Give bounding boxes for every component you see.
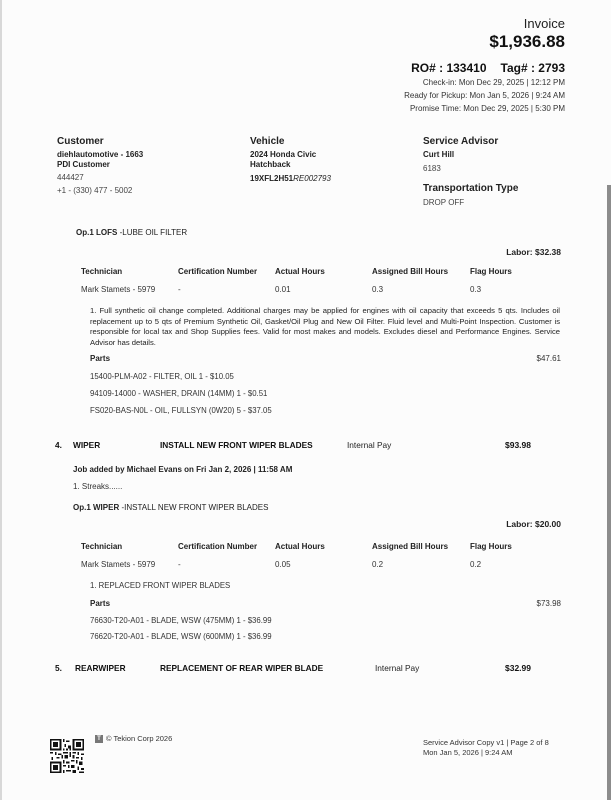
job-added-by: Job added by Michael Evans on Fri Jan 2,… xyxy=(73,465,292,474)
op-lofs-labor: Labor: $32.38 xyxy=(506,247,561,257)
promise-time: Promise Time: Mon Dec 29, 2025 | 5:30 PM xyxy=(410,104,565,113)
vehicle-vin: 19XFL2H51RE002793 xyxy=(250,174,331,183)
job-description: INSTALL NEW FRONT WIPER BLADES xyxy=(160,440,313,450)
op-wiper-labor: Labor: $20.00 xyxy=(506,519,561,529)
op-lofs-title: Op.1 LOFS -LUBE OIL FILTER xyxy=(76,228,187,237)
service-advisor-name: Curt Hill xyxy=(423,150,454,159)
part-line: FS020-BAS-N0L - OIL, FULLSYN (0W20) 5 - … xyxy=(90,406,272,415)
td-actual-hours: 0.05 xyxy=(275,560,291,569)
footer-copyright: T© Tekion Corp 2026 xyxy=(95,734,172,743)
op-lofs-parts-total: $47.61 xyxy=(537,354,561,363)
op-lofs-code: Op.1 LOFS xyxy=(76,228,117,237)
job-number: 4. xyxy=(55,440,62,450)
ro-tag-line: RO# : 133410Tag# : 2793 xyxy=(411,61,565,75)
transportation-heading: Transportation Type xyxy=(423,183,518,194)
td-assigned-bill-hours: 0.2 xyxy=(372,560,383,569)
customer-type: PDI Customer xyxy=(57,160,110,169)
job-code: REARWIPER xyxy=(75,663,126,673)
part-line: 94109-14000 - WASHER, DRAIN (14MM) 1 - $… xyxy=(90,389,267,398)
op-lofs-desc: -LUBE OIL FILTER xyxy=(120,228,188,237)
invoice-total: $1,936.88 xyxy=(489,32,565,52)
op-lofs-parts-heading: Parts xyxy=(90,354,110,363)
tag-number: Tag# : 2793 xyxy=(501,61,565,75)
td-technician: Mark Stamets - 5979 xyxy=(81,285,155,294)
part-line: 76630-T20-A01 - BLADE, WSW (475MM) 1 - $… xyxy=(90,616,272,625)
op-lofs-description: 1. Full synthetic oil change completed. … xyxy=(90,306,560,348)
job-concern: 1. Streaks...... xyxy=(73,482,122,491)
invoice-title: Invoice xyxy=(524,16,565,31)
customer-phone: +1 - (330) 477 - 5002 xyxy=(57,186,132,195)
th-flag-hours: Flag Hours xyxy=(470,542,512,551)
th-technician: Technician xyxy=(81,267,122,276)
td-technician: Mark Stamets - 5979 xyxy=(81,560,155,569)
td-certification: - xyxy=(178,560,181,569)
footer-printed-date: Mon Jan 5, 2026 | 9:24 AM xyxy=(423,748,513,757)
op-wiper-correction: 1. REPLACED FRONT WIPER BLADES xyxy=(90,581,230,590)
op-wiper-parts-total: $73.98 xyxy=(537,599,561,608)
vehicle-heading: Vehicle xyxy=(250,136,284,147)
th-technician: Technician xyxy=(81,542,122,551)
customer-heading: Customer xyxy=(57,136,104,147)
td-flag-hours: 0.3 xyxy=(470,285,481,294)
vin-prefix: 19XFL2H51 xyxy=(250,174,293,183)
job-number: 5. xyxy=(55,663,62,673)
td-certification: - xyxy=(178,285,181,294)
transportation-value: DROP OFF xyxy=(423,198,464,207)
op-wiper-code: Op.1 WIPER xyxy=(73,503,119,512)
op-wiper-desc: -INSTALL NEW FRONT WIPER BLADES xyxy=(121,503,268,512)
qr-code-icon xyxy=(50,739,84,773)
scan-edge-left xyxy=(0,0,2,800)
customer-name: diehlautomotive - 1663 xyxy=(57,150,143,159)
job-amount: $32.99 xyxy=(505,663,531,673)
ro-number: RO# : 133410 xyxy=(411,61,486,75)
th-assigned-bill-hours: Assigned Bill Hours xyxy=(372,542,448,551)
check-in-time: Check-in: Mon Dec 29, 2025 | 12:12 PM xyxy=(423,78,565,87)
job-pay-type: Internal Pay xyxy=(375,663,419,673)
invoice-page: Invoice $1,936.88 RO# : 133410Tag# : 279… xyxy=(0,0,611,800)
td-flag-hours: 0.2 xyxy=(470,560,481,569)
th-actual-hours: Actual Hours xyxy=(275,267,325,276)
job-description: REPLACEMENT OF REAR WIPER BLADE xyxy=(160,663,323,673)
job-code: WIPER xyxy=(73,440,100,450)
td-actual-hours: 0.01 xyxy=(275,285,291,294)
th-certification: Certification Number xyxy=(178,542,257,551)
vin-suffix: RE002793 xyxy=(293,174,331,183)
scan-edge-right xyxy=(607,185,611,800)
th-certification: Certification Number xyxy=(178,267,257,276)
ready-for-pickup-time: Ready for Pickup: Mon Jan 5, 2026 | 9:24… xyxy=(404,91,565,100)
tekion-logo-icon: T xyxy=(95,735,103,743)
part-line: 15400-PLM-A02 - FILTER, OIL 1 - $10.05 xyxy=(90,372,234,381)
op-wiper-parts-heading: Parts xyxy=(90,599,110,608)
service-advisor-heading: Service Advisor xyxy=(423,136,498,147)
op-wiper-title: Op.1 WIPER -INSTALL NEW FRONT WIPER BLAD… xyxy=(73,503,268,512)
vehicle-model: 2024 Honda Civic xyxy=(250,150,316,159)
vehicle-body: Hatchback xyxy=(250,160,290,169)
th-assigned-bill-hours: Assigned Bill Hours xyxy=(372,267,448,276)
th-flag-hours: Flag Hours xyxy=(470,267,512,276)
td-assigned-bill-hours: 0.3 xyxy=(372,285,383,294)
service-advisor-id: 6183 xyxy=(423,164,441,173)
job-amount: $93.98 xyxy=(505,440,531,450)
customer-id: 444427 xyxy=(57,173,84,182)
part-line: 76620-T20-A01 - BLADE, WSW (600MM) 1 - $… xyxy=(90,632,272,641)
footer-copy-info: Service Advisor Copy v1 | Page 2 of 8 xyxy=(423,738,549,747)
job-pay-type: Internal Pay xyxy=(347,440,391,450)
th-actual-hours: Actual Hours xyxy=(275,542,325,551)
copyright-text: © Tekion Corp 2026 xyxy=(106,734,172,743)
